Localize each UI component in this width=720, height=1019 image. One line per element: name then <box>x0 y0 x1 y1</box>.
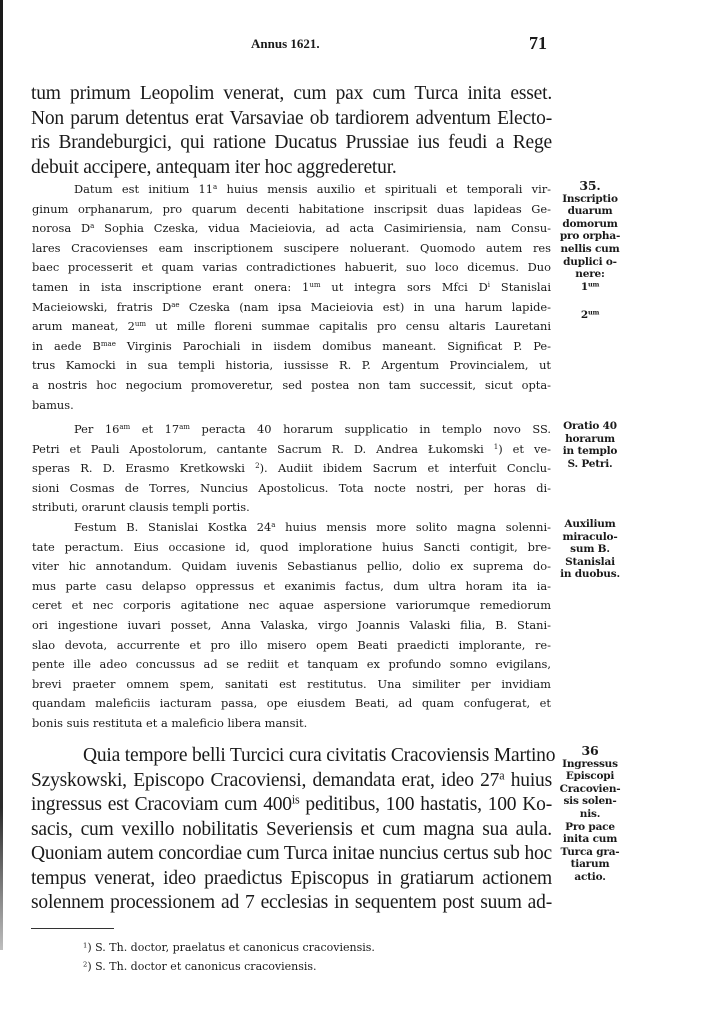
onus-2-label: 2um <box>556 309 624 322</box>
text-line: ori ingestione iuvari posset, Anna Valas… <box>32 616 551 636</box>
text-line: pente ille adeo concussus ad se rediit e… <box>32 655 551 675</box>
page-number: 71 <box>529 33 547 54</box>
text-line: debuit accipere, antequam iter hoc aggre… <box>31 156 552 181</box>
margin-line: duplici o- <box>556 256 624 269</box>
text-line: trus Kamocki in sua templi historia, ius… <box>32 356 551 376</box>
text-line: stributi, orarunt clausis templi portis. <box>32 498 551 518</box>
text-line: Non parum detentus erat Varsaviae ob tar… <box>31 107 552 132</box>
text-line: brevi praeter omnem spem, sanitati est r… <box>32 675 551 695</box>
margin-line: nis. <box>556 808 624 821</box>
margin-line: Turca gra- <box>556 846 624 859</box>
text-line: sioni Cosmas de Torres, Nuncius Apostoli… <box>32 479 551 499</box>
margin-note-lines: Oratio 40horarumin temploS. Petri. <box>556 420 624 470</box>
running-head: Annus 1621. 71 <box>0 36 720 56</box>
margin-line: in duobus. <box>556 568 624 581</box>
section-number: 36 <box>556 745 624 758</box>
margin-line: actio. <box>556 871 624 884</box>
text-line: baec processerit et quam varias contradi… <box>32 258 551 278</box>
text-line: ingressus est Cracoviam cum 400is pediti… <box>31 793 552 818</box>
margin-line: miraculo- <box>556 531 624 544</box>
margin-line: tiarum <box>556 858 624 871</box>
paragraph-intro: tum primum Leopolim venerat, cum pax cum… <box>31 82 552 180</box>
margin-line: pro orpha- <box>556 230 624 243</box>
margin-line: nellis cum <box>556 243 624 256</box>
margin-line: duarum <box>556 205 624 218</box>
text-line: quandam maleficiis iacturam passa, ope e… <box>32 694 551 714</box>
paragraph-36-ingressus: Quia tempore belli Turcici cura civitati… <box>31 744 552 916</box>
paragraph-35-inscriptio: Datum est initium 11a huius mensis auxil… <box>32 180 551 415</box>
text-line: speras R. D. Erasmo Kretkowski 2). Audii… <box>32 459 551 479</box>
text-line: in aede Bmae Virginis Parochiali in iisd… <box>32 337 551 357</box>
text-line: ginum orphanarum, pro quarum decenti hab… <box>32 200 551 220</box>
margin-note-oratio: Oratio 40horarumin temploS. Petri. <box>556 420 624 470</box>
margin-line: horarum <box>556 433 624 446</box>
text-line: slao devota, accurrente et pro illo mise… <box>32 636 551 656</box>
text-line: Quia tempore belli Turcici cura civitati… <box>31 744 552 769</box>
text-line: ceret et nec corporis agitatione nec aqu… <box>32 596 551 616</box>
footnote-1: 1) S. Th. doctor, praelatus et canonicus… <box>83 939 375 958</box>
margin-line: Episcopi <box>556 770 624 783</box>
text-line: tate peractum. Eius occasione id, quod i… <box>32 538 551 558</box>
text-line: Per 16am et 17am peracta 40 horarum supp… <box>32 420 551 440</box>
margin-line: Oratio 40 <box>556 420 624 433</box>
text-line: bonis suis restituta et a maleficio libe… <box>32 714 551 734</box>
margin-line: nere: <box>556 268 624 281</box>
scan-border <box>0 0 3 950</box>
text-line: sacis, cum vexillo nobilitatis Severiens… <box>31 818 552 843</box>
margin-line: domorum <box>556 218 624 231</box>
margin-note-lines: IngressusEpiscopiCracovien-sis solen-nis… <box>556 758 624 884</box>
text-line: viter hic annotandum. Quidam iuvenis Seb… <box>32 557 551 577</box>
text-line: norosa Da Sophia Czeska, vidua Macieiovi… <box>32 219 551 239</box>
text-line: solennem processionem ad 7 ecclesias in … <box>31 891 552 916</box>
margin-line: inita cum <box>556 833 624 846</box>
text-line: tum primum Leopolim venerat, cum pax cum… <box>31 82 552 107</box>
margin-note-36: 36 IngressusEpiscopiCracovien-sis solen-… <box>556 745 624 884</box>
paragraph-oratio-40-horarum: Per 16am et 17am peracta 40 horarum supp… <box>32 420 551 518</box>
text-line: mus parte casu delapso oppressus et exan… <box>32 577 551 597</box>
text-line: lares Cracovienses eam inscriptionem sus… <box>32 239 551 259</box>
text-line: ris Brandeburgici, qui ratione Ducatus P… <box>31 131 552 156</box>
section-number: 35. <box>556 180 624 193</box>
text-line: bamus. <box>32 396 551 416</box>
margin-line: sis solen- <box>556 795 624 808</box>
footnote-rule <box>31 928 114 929</box>
margin-line: Auxilium <box>556 518 624 531</box>
paragraph-festum-kostka: Festum B. Stanislai Kostka 24a huius men… <box>32 518 551 734</box>
running-title: Annus 1621. <box>251 36 320 52</box>
text-line: Macieiowski, fratris Dae Czeska (nam ips… <box>32 298 551 318</box>
footnote-2: 2) S. Th. doctor et canonicus cracoviens… <box>83 958 375 977</box>
margin-line: Stanislai <box>556 556 624 569</box>
margin-line: Inscriptio <box>556 193 624 206</box>
text-line: arum maneat, 2um ut mille floreni summae… <box>32 317 551 337</box>
footnotes: 1) S. Th. doctor, praelatus et canonicus… <box>83 939 375 976</box>
margin-line: sum B. <box>556 543 624 556</box>
onus-1-label: 1um <box>556 281 624 294</box>
text-line: a nostris hoc negocium promoveretur, sed… <box>32 376 551 396</box>
text-line: tempus venerat, ideo praedictus Episcopu… <box>31 867 552 892</box>
margin-line: Pro pace <box>556 821 624 834</box>
text-line: tamen in ista inscriptione erant onera: … <box>32 278 551 298</box>
margin-note-auxilium: Auxiliummiraculo-sum B.Stanislaiin duobu… <box>556 518 624 581</box>
text-line: Quoniam autem concordiae cum Turca inita… <box>31 842 552 867</box>
text-line: Festum B. Stanislai Kostka 24a huius men… <box>32 518 551 538</box>
margin-line: in templo <box>556 445 624 458</box>
text-line: Datum est initium 11a huius mensis auxil… <box>32 180 551 200</box>
margin-line: Cracovien- <box>556 783 624 796</box>
margin-note-35: 35. Inscriptioduarumdomorumpro orpha-nel… <box>556 180 624 322</box>
margin-note-lines: Auxiliummiraculo-sum B.Stanislaiin duobu… <box>556 518 624 581</box>
margin-line: S. Petri. <box>556 458 624 471</box>
margin-note-lines: Inscriptioduarumdomorumpro orpha-nellis … <box>556 193 624 281</box>
text-line: Petri et Pauli Apostolorum, cantante Sac… <box>32 440 551 460</box>
text-line: Szyskowski, Episcopo Cracoviensi, demand… <box>31 769 552 794</box>
margin-line: Ingressus <box>556 758 624 771</box>
